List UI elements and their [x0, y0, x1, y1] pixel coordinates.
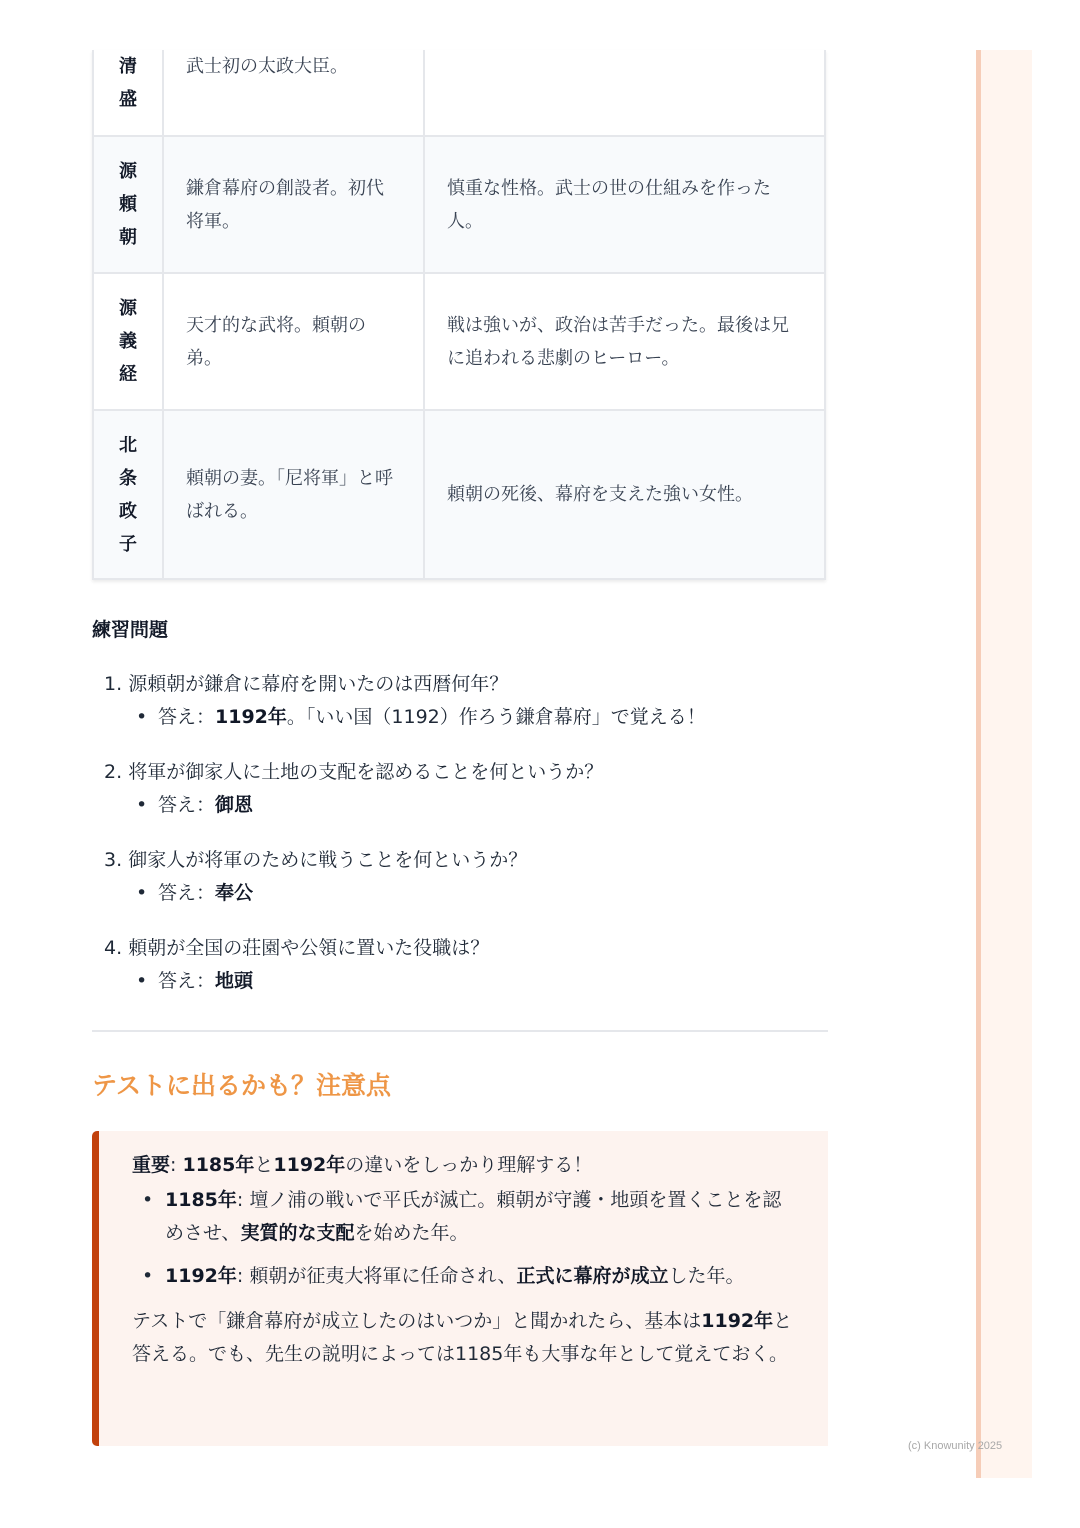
bullet-icon: • — [136, 789, 147, 822]
practice-question-list: 1. 源頼朝が鎌倉に幕府を開いたのは西暦何年？ •答え：1192年。「いい国（1… — [92, 668, 822, 1020]
person-name: 源 頼 朝 — [93, 136, 163, 273]
person-name: 北 条 政 子 — [93, 410, 163, 579]
person-role: 鎌倉幕府の創設者。初代将軍。 — [163, 136, 424, 273]
answer: •答え：御恩 — [92, 789, 822, 822]
bullet-icon: • — [136, 877, 147, 910]
people-table: 清 盛 武士初の太政大臣。 源 頼 朝 鎌倉幕府の創設者。初代将軍。 慎重な性格… — [92, 50, 826, 580]
person-name: 源 義 経 — [93, 273, 163, 410]
person-name: 清 盛 — [93, 50, 163, 136]
callout-closing: テストで「鎌倉幕府が成立したのはいつか」と聞かれたら、基本は1192年と答える。… — [132, 1305, 798, 1371]
table-row: 源 頼 朝 鎌倉幕府の創設者。初代将軍。 慎重な性格。武士の世の仕組みを作った人… — [93, 136, 825, 273]
callout-bullet: 1192年: 頼朝が征夷大将軍に任命され、正式に幕府が成立した年。 — [132, 1260, 798, 1293]
person-note: 慎重な性格。武士の世の仕組みを作った人。 — [424, 136, 825, 273]
question-item: 1. 源頼朝が鎌倉に幕府を開いたのは西暦何年？ •答え：1192年。「いい国（1… — [92, 668, 822, 734]
answer: •答え：地頭 — [92, 965, 822, 998]
bullet-icon: • — [136, 701, 147, 734]
callout-intro: 重要: 1185年と1192年の違いをしっかり理解する！ — [132, 1149, 798, 1182]
person-role: 頼朝の妻。「尼将軍」と呼ばれる。 — [163, 410, 424, 579]
person-note — [424, 50, 825, 136]
important-callout: 重要: 1185年と1192年の違いをしっかり理解する！ 1185年: 壇ノ浦の… — [92, 1131, 828, 1446]
bullet-icon: • — [136, 965, 147, 998]
copyright-footer: (c) Knowunity 2025 — [908, 1440, 1002, 1452]
answer: •答え：奉公 — [92, 877, 822, 910]
question-item: 3. 御家人が将軍のために戦うことを何というか？ •答え：奉公 — [92, 844, 822, 910]
section-divider — [92, 1030, 828, 1032]
callout-bullets: 1185年: 壇ノ浦の戦いで平氏が滅亡。頼朝が守護・地頭を置くことを認めさせ、実… — [132, 1184, 798, 1293]
practice-title: 練習問題 — [92, 615, 168, 642]
question-item: 2. 将軍が御家人に土地の支配を認めることを何というか？ •答え：御恩 — [92, 756, 822, 822]
section-heading: テストに出るかも？注意点 — [92, 1066, 391, 1102]
table-row: 清 盛 武士初の太政大臣。 — [93, 50, 825, 136]
person-note: 戦は強いが、政治は苦手だった。最後は兄に追われる悲劇のヒーロー。 — [424, 273, 825, 410]
decorative-side-strip — [976, 50, 1032, 1478]
answer: •答え：1192年。「いい国（1192）作ろう鎌倉幕府」で覚える！ — [92, 701, 822, 734]
person-role: 武士初の太政大臣。 — [163, 50, 424, 136]
question-item: 4. 頼朝が全国の荘園や公領に置いた役職は？ •答え：地頭 — [92, 932, 822, 998]
person-role: 天才的な武将。頼朝の弟。 — [163, 273, 424, 410]
table-row: 北 条 政 子 頼朝の妻。「尼将軍」と呼ばれる。 頼朝の死後、幕府を支えた強い女… — [93, 410, 825, 579]
callout-bullet: 1185年: 壇ノ浦の戦いで平氏が滅亡。頼朝が守護・地頭を置くことを認めさせ、実… — [132, 1184, 798, 1250]
person-note: 頼朝の死後、幕府を支えた強い女性。 — [424, 410, 825, 579]
table-row: 源 義 経 天才的な武将。頼朝の弟。 戦は強いが、政治は苦手だった。最後は兄に追… — [93, 273, 825, 410]
